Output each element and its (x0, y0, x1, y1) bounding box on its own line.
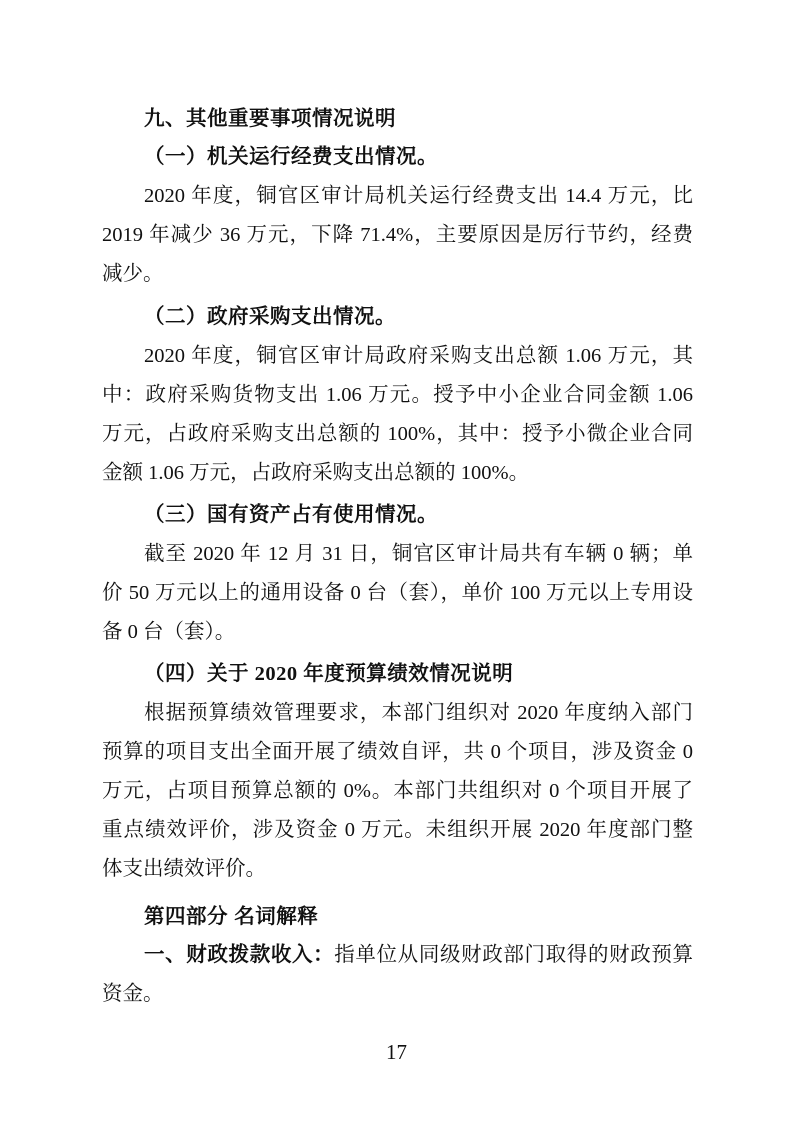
subsection-heading-state-assets: （三）国有资产占有使用情况。 (102, 496, 693, 535)
paragraph-line: 重点绩效评价，涉及资金 0 万元。未组织开展 2020 年度部门整 (102, 811, 693, 850)
subsection-heading-gov-procurement: （二）政府采购支出情况。 (102, 298, 693, 337)
paragraph-line: 备 0 台（套）。 (102, 613, 693, 652)
paragraph-line: 2020 年度，铜官区审计局政府采购支出总额 1.06 万元，其 (102, 337, 693, 376)
paragraph-line: 2020 年度，铜官区审计局机关运行经费支出 14.4 万元，比 (102, 177, 693, 216)
paragraph-line: 中：政府采购货物支出 1.06 万元。授予中小企业合同金额 1.06 (102, 376, 693, 415)
paragraph-line: 万元，占项目预算总额的 0%。本部门共组织对 0 个项目开展了 (102, 772, 693, 811)
section-heading-other-matters: 九、其他重要事项情况说明 (102, 99, 693, 138)
subsection-heading-budget-performance: （四）关于 2020 年度预算绩效情况说明 (102, 655, 693, 694)
paragraph-line: 体支出绩效评价。 (102, 850, 693, 889)
paragraph-line: 根据预算绩效管理要求，本部门组织对 2020 年度纳入部门 (102, 694, 693, 733)
term-name-fiscal-appropriation-income: 一、财政拨款收入： (144, 944, 334, 966)
paragraph-line: 2019 年减少 36 万元，下降 71.4%，主要原因是厉行节约，经费 (102, 216, 693, 255)
paragraph-line: 金额 1.06 万元，占政府采购支出总额的 100%。 (102, 454, 693, 493)
term-definition-text: 指单位从同级财政部门取得的财政预算 (334, 944, 693, 966)
term-definition-line: 一、财政拨款收入：指单位从同级财政部门取得的财政预算 (102, 936, 693, 975)
document-page: 九、其他重要事项情况说明 （一）机关运行经费支出情况。 2020 年度，铜官区审… (0, 0, 793, 1122)
paragraph-line: 截至 2020 年 12 月 31 日，铜官区审计局共有车辆 0 辆；单 (102, 535, 693, 574)
part4-heading-glossary: 第四部分 名词解释 (102, 897, 693, 936)
document-content: 九、其他重要事项情况说明 （一）机关运行经费支出情况。 2020 年度，铜官区审… (102, 99, 693, 1014)
page-number: 17 (0, 1033, 793, 1072)
paragraph-line: 资金。 (102, 975, 693, 1014)
paragraph-line: 万元，占政府采购支出总额的 100%，其中：授予小微企业合同 (102, 415, 693, 454)
subsection-heading-operating-expense: （一）机关运行经费支出情况。 (102, 138, 693, 177)
paragraph-line: 减少。 (102, 255, 693, 294)
paragraph-line: 价 50 万元以上的通用设备 0 台（套），单价 100 万元以上专用设 (102, 574, 693, 613)
paragraph-line: 预算的项目支出全面开展了绩效自评，共 0 个项目，涉及资金 0 (102, 733, 693, 772)
